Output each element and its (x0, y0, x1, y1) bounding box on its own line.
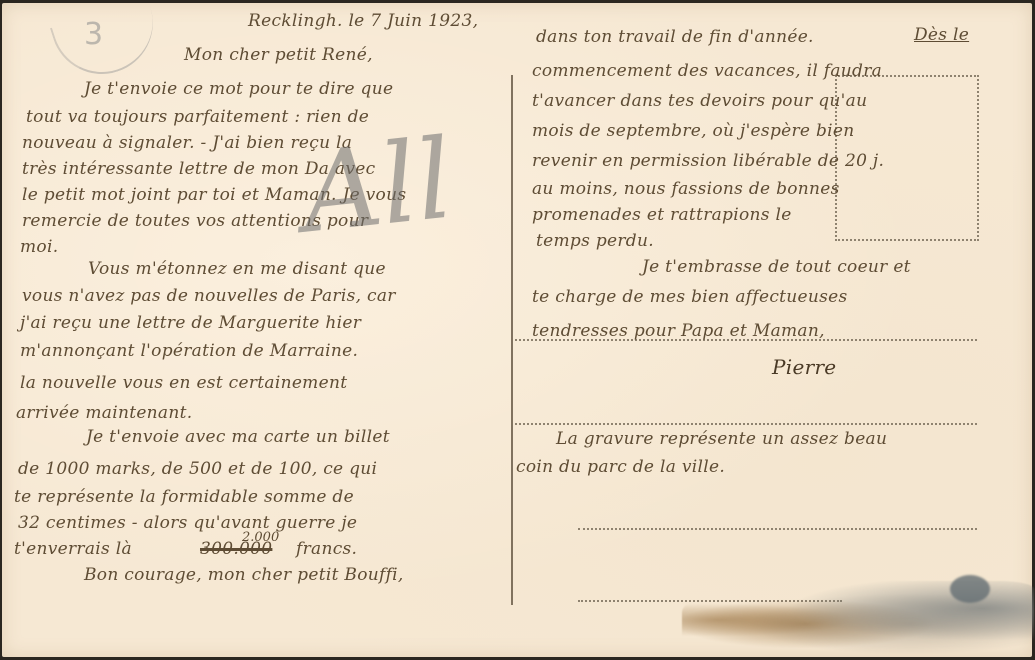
postscript-line: coin du parc de la ville. (516, 457, 725, 477)
letter-line: au moins, nous fassions de bonnes (532, 179, 840, 199)
letter-line: t'avancer dans tes devoirs pour qu'au (532, 91, 867, 111)
letter-line: 32 centimes - alors qu'avant guerre je (18, 513, 357, 533)
letter-line: te charge de mes bien affectueuses (532, 287, 848, 307)
letter-line: mois de septembre, où j'espère bien (532, 121, 855, 141)
water-stain-spot (950, 575, 990, 603)
postcard-back: 3 Recklingh. le 7 Juin 1923, Mon cher pe… (2, 3, 1032, 657)
letter-line: Je t'embrasse de tout coeur et (642, 257, 911, 277)
letter-line: tendresses pour Papa et Maman, (532, 321, 825, 341)
salutation: Mon cher petit René, (184, 45, 373, 65)
des-le: Dès le (914, 25, 969, 45)
circled-number: 3 (84, 17, 103, 52)
letter-line: vous n'avez pas de nouvelles de Paris, c… (22, 286, 396, 306)
dateline: Recklingh. le 7 Juin 1923, (248, 11, 478, 31)
letter-line: Bon courage, mon cher petit Bouffi, (84, 565, 404, 585)
correction-amount: 2.000 (242, 530, 279, 545)
address-line-3 (578, 528, 977, 530)
signature: Pierre (772, 355, 836, 379)
circled-number-mark (50, 0, 166, 87)
letter-line: j'ai reçu une lettre de Marguerite hier (20, 313, 361, 333)
letter-line: Je t'envoie avec ma carte un billet (86, 427, 390, 447)
letter-line: commencement des vacances, il faudra (532, 61, 882, 81)
postscript-line: La gravure représente un assez beau (556, 429, 887, 449)
address-line-2 (515, 423, 977, 425)
letter-line: revenir en permission libérable de 20 j. (532, 151, 884, 171)
letter-line: promenades et rattrapions le (532, 205, 792, 225)
pencil-annotation: All (297, 123, 457, 248)
letter-line: m'annonçant l'opération de Marraine. (20, 341, 358, 361)
letter-line: temps perdu. (536, 231, 654, 251)
letter-line: Vous m'étonnez en me disant que (88, 259, 386, 279)
letter-line: te représente la formidable somme de (14, 487, 354, 507)
letter-line: dans ton travail de fin d'année. (536, 27, 814, 47)
letter-line: tout va toujours parfaitement : rien de (26, 107, 369, 127)
letter-line: Je t'envoie ce mot pour te dire que (84, 79, 393, 99)
after-amount: francs. (296, 539, 357, 559)
letter-line: arrivée maintenant. (16, 403, 192, 423)
letter-line: de 1000 marks, de 500 et de 100, ce qui (18, 459, 377, 479)
center-divider (511, 75, 513, 605)
letter-line: la nouvelle vous en est certainement (20, 373, 347, 393)
letter-line: t'enverrais là (14, 539, 132, 559)
letter-line: moi. (20, 237, 58, 257)
